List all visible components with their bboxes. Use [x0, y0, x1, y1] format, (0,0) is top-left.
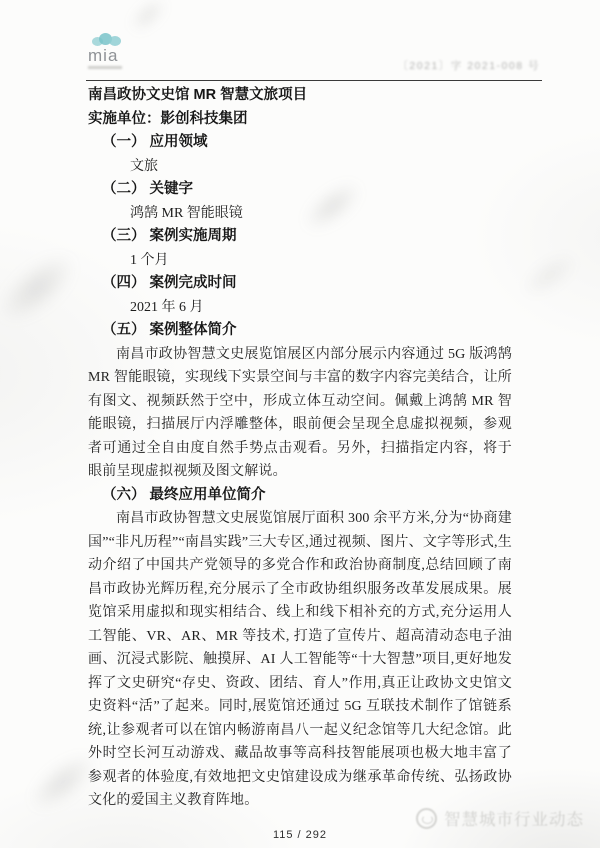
doc-reference-number: 〔2021〕字 2021-008 号 — [397, 58, 540, 73]
footer-watermark: 智慧城市行业动态 — [416, 806, 584, 830]
cloud-logo-icon — [92, 33, 122, 46]
mia-logo: mia — [88, 33, 148, 69]
document-page: mia 〔2021〕字 2021-008 号 南昌政协文史馆 MR 智慧文旅项目… — [0, 0, 600, 848]
doc-title: 南昌政协文史馆 MR 智慧文旅项目 — [88, 84, 512, 108]
section-3-value: 1 个月 — [88, 249, 512, 273]
section-2-value: 鸿鹄 MR 智能眼镜 — [88, 202, 512, 226]
document-body: 南昌政协文史馆 MR 智慧文旅项目 实施单位：影创科技集团 （一） 应用领域 文… — [88, 84, 512, 847]
logo-wordmark: mia — [88, 47, 148, 64]
section-5-heading: （五） 案例整体简介 — [88, 319, 512, 343]
section-4-heading: （四） 案例完成时间 — [88, 272, 512, 296]
logo-tagline-blur — [88, 66, 122, 69]
section-1-heading: （一） 应用领域 — [88, 131, 512, 155]
scan-smudge — [502, 233, 599, 317]
watermark-text: 智慧城市行业动态 — [444, 806, 584, 830]
section-2-heading: （二） 关键字 — [88, 178, 512, 202]
header-rule — [86, 80, 542, 81]
section-6-paragraph: 南昌市政协智慧文史展览馆展厅面积 300 余平方米,分为“协商建国”“非凡历程”… — [88, 507, 512, 813]
section-6-heading: （六） 最终应用单位简介 — [88, 484, 512, 508]
section-3-heading: （三） 案例实施周期 — [88, 225, 512, 249]
section-5-paragraph: 南昌市政协智慧文史展览馆展区内部分展示内容通过 5G 版鸿鹄 MR 智能眼镜，实… — [88, 343, 512, 484]
implementer-line: 实施单位：影创科技集团 — [88, 108, 512, 132]
section-4-value: 2021 年 6 月 — [88, 296, 512, 320]
section-1-value: 文旅 — [88, 155, 512, 179]
watermark-logo-icon — [416, 808, 437, 829]
